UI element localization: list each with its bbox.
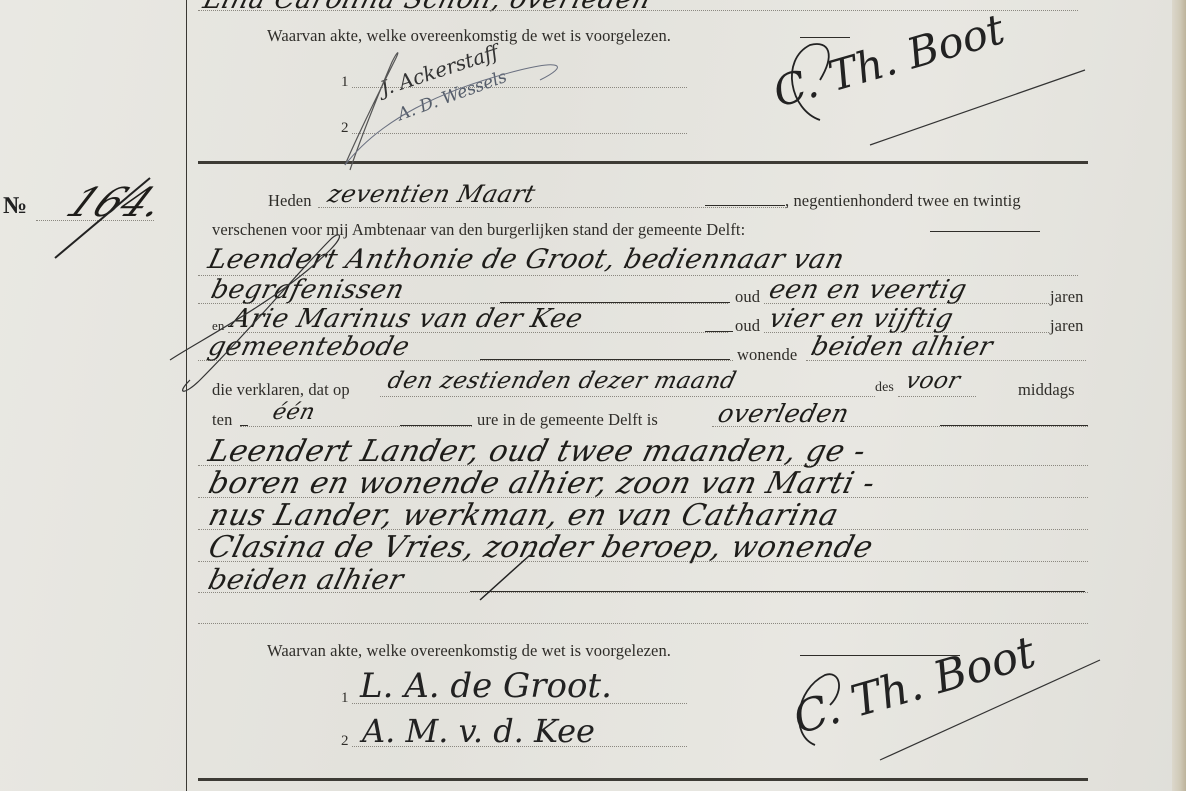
deceased-line-4: Clasina de Vries, zonder beroep, wonende [205,530,877,565]
document-page: Lina Carolina Scholl, overleden Waarvan … [0,0,1186,791]
fill-line [480,359,730,360]
section-divider-top [198,161,1088,164]
section-divider-bottom [198,778,1088,781]
closing-text: Waarvan akte, welke overeenkomstig de we… [267,641,671,661]
death-date: den zestienden dezer maand [385,368,739,394]
registrar-signature: C. Th. Boot [788,627,1041,745]
witness-1-signature: L. A. de Groot. [360,666,612,706]
previous-registrar-signature: C. Th. Boot [768,4,1010,117]
year-text: , negentienhonderd twee en twintig [785,191,1021,211]
heden-label: Heden [268,191,312,211]
record-date: zeventien Maart [325,180,538,208]
fill-line [400,425,472,426]
previous-record-handwriting: Lina Carolina Scholl, overleden [200,0,654,15]
fill-line [500,302,730,303]
declarant-2-age: vier en vijftig [766,304,957,334]
witness-line-number-2: 2 [341,120,349,137]
fill-line [800,37,850,38]
witness-line-2 [352,133,687,134]
deceased-line-3: nus Lander, werkman, en van Catharina [205,498,842,533]
deceased-line-1: Leendert Lander, oud twee maanden, ge - [205,434,870,469]
death-date-line [380,396,875,397]
middags-label: middags [1018,380,1075,400]
overleden-text: overleden [715,399,852,428]
dotted-line [198,10,1078,11]
hour-line [240,426,472,427]
record-number: 164. [58,180,176,226]
fill-line [705,331,733,332]
residence: beiden alhier [808,332,996,362]
witness-line-number-1: 1 [341,74,349,91]
fill-line [940,425,1088,426]
previous-closing-text: Waarvan akte, welke overeenkomstig de we… [267,26,671,46]
oud-label-1: oud [735,287,760,307]
witness-line-number-2: 2 [341,733,349,750]
fill-line [705,205,785,206]
witness-line-number-1: 1 [341,690,349,707]
fill-line [930,231,1040,232]
witness-2-signature: A. M. v. d. Kee [362,712,595,750]
declare-text: die verklaren, dat op [212,380,350,400]
declarant-2-occupation: gemeentebode [205,332,413,362]
jaren-label-2: jaren [1050,316,1083,336]
declarant-1-occupation: begrafenissen [208,275,407,305]
des-label: des [875,380,894,396]
ten-label: ten [212,410,232,430]
deceased-line-2: boren en wonende alhier, zoon van Marti … [205,466,879,501]
wonende-label: wonende [737,345,797,365]
voor-line [898,396,976,397]
oud-label-2: oud [735,316,760,336]
dotted-line [198,623,1088,624]
record-number-label: № [3,193,27,220]
fill-line [240,425,248,426]
deceased-line-5: beiden alhier [205,563,407,596]
fill-line [470,591,1085,592]
declarant-1-age: een en veertig [766,275,970,305]
declarant-2-name: Arie Marinus van der Kee [228,304,586,334]
margin-rule [186,0,187,791]
hour: één [270,400,318,425]
declarant-1-name: Leendert Anthonie de Groot, bediennaar v… [205,244,848,275]
jaren-label-1: jaren [1050,287,1083,307]
ure-text: ure in de gemeente Delft is [477,410,658,430]
appeared-text: verschenen voor mij Ambtenaar van den bu… [212,220,745,240]
voor-text: voor [903,368,963,394]
page-edge [1172,0,1186,791]
